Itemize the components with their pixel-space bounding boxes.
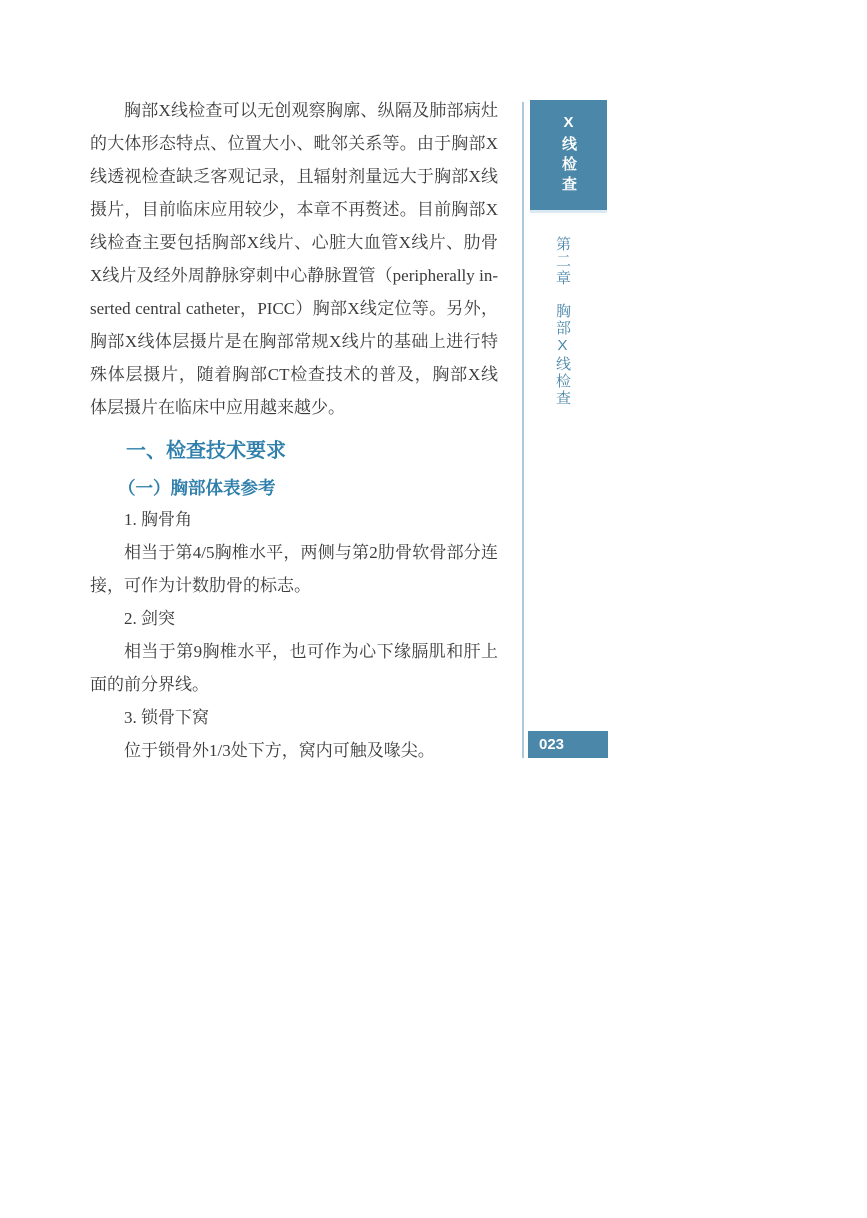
text-line: 摄片，目前临床应用较少，本章不再赘述。目前胸部X (90, 193, 498, 226)
text-line: 位于锁骨外1/3处下方，窝内可触及喙尖。 (90, 734, 498, 767)
text-line: 体层摄片在临床中应用越来越少。 (90, 391, 498, 424)
item-title: 1. 胸骨角 (90, 503, 498, 536)
chapter-title: 胸部X线检查 (552, 303, 573, 407)
text-line: 相当于第4/5胸椎水平，两侧与第2肋骨软骨部分连 (90, 536, 498, 569)
text-line: serted central catheter，PICC）胸部X线定位等。另外， (90, 292, 498, 325)
text-line: 殊体层摄片，随着胸部CT检查技术的普及，胸部X线 (90, 358, 498, 391)
chapter-title-vertical: 第二章胸部X线检查 (552, 236, 573, 407)
part-index-tab: X线检查 (530, 100, 607, 213)
document-page: 胸部X线检查可以无创观察胸廓、纵隔及肺部病灶的大体形态特点、位置大小、毗邻关系等… (0, 0, 867, 1218)
numbered-items: 1. 胸骨角相当于第4/5胸椎水平，两侧与第2肋骨软骨部分连接，可作为计数肋骨的… (90, 503, 498, 767)
part-tab-label: X线检查 (558, 114, 579, 196)
sidebar-divider-line (522, 102, 524, 758)
text-line: 胸部X线体层摄片是在胸部常规X线片的基础上进行特 (90, 325, 498, 358)
text-line: 线透视检查缺乏客观记录，且辐射剂量远大于胸部X线 (90, 160, 498, 193)
text-line: X线片及经外周静脉穿刺中心静脉置管（peripherally in- (90, 259, 498, 292)
text-line: 接，可作为计数肋骨的标志。 (90, 569, 498, 602)
item-title: 3. 锁骨下窝 (90, 701, 498, 734)
text-line: 线检查主要包括胸部X线片、心脏大血管X线片、肋骨 (90, 226, 498, 259)
text-line: 胸部X线检查可以无创观察胸廓、纵隔及肺部病灶 (90, 94, 498, 127)
section-heading: 一、检查技术要求 (90, 436, 498, 466)
text-line: 面的前分界线。 (90, 668, 498, 701)
subsection-heading: （一）胸部体表参考 (90, 473, 498, 503)
text-line: 相当于第9胸椎水平，也可作为心下缘膈肌和肝上 (90, 635, 498, 668)
page-number-badge: 023 (528, 731, 608, 758)
main-text-column: 胸部X线检查可以无创观察胸廓、纵隔及肺部病灶的大体形态特点、位置大小、毗邻关系等… (90, 94, 498, 767)
text-line: 的大体形态特点、位置大小、毗邻关系等。由于胸部X (90, 127, 498, 160)
chapter-number: 第二章 (554, 236, 571, 287)
item-title: 2. 剑突 (90, 602, 498, 635)
intro-paragraph: 胸部X线检查可以无创观察胸廓、纵隔及肺部病灶的大体形态特点、位置大小、毗邻关系等… (90, 94, 498, 424)
page-number: 023 (539, 736, 564, 753)
